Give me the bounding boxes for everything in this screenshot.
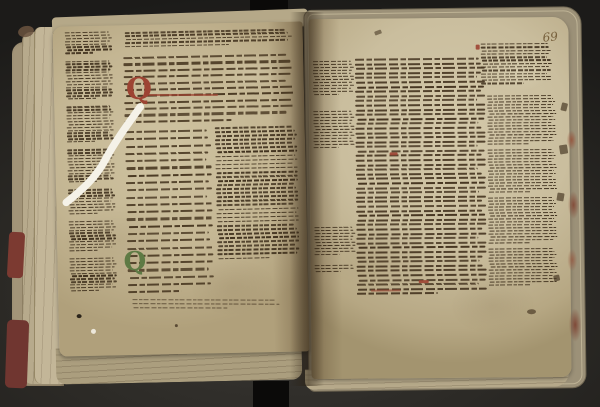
script-line — [488, 149, 553, 151]
script-line — [123, 54, 286, 60]
script-line — [357, 292, 438, 295]
script-line — [217, 215, 299, 218]
script-line — [488, 176, 552, 178]
script-line — [65, 52, 94, 54]
script-line — [218, 232, 299, 235]
script-line — [488, 110, 555, 112]
script-line — [355, 131, 485, 134]
script-line — [65, 40, 110, 42]
script-line — [133, 307, 227, 309]
script-line — [487, 104, 553, 106]
script-line — [358, 274, 487, 277]
script-line — [356, 159, 486, 162]
script-line — [216, 187, 296, 190]
script-line — [356, 172, 482, 175]
script-line — [482, 69, 551, 71]
script-line — [488, 158, 554, 160]
script-line — [490, 236, 557, 238]
script-line — [357, 269, 487, 272]
binding-cover-patch — [5, 320, 29, 389]
script-line — [488, 206, 554, 208]
script-line — [481, 53, 549, 55]
script-line — [355, 113, 485, 116]
script-line — [65, 31, 109, 33]
script-line — [71, 272, 117, 274]
script-line — [356, 67, 485, 70]
script-line — [355, 127, 481, 130]
script-line — [490, 188, 557, 190]
script-line — [216, 199, 298, 202]
script-line — [481, 66, 549, 68]
script-line — [65, 60, 109, 62]
script-line — [358, 182, 485, 185]
script-line — [216, 146, 297, 149]
script-line — [488, 227, 556, 229]
rubric-mark — [390, 152, 398, 155]
commentary-column — [215, 126, 300, 262]
script-line — [218, 219, 299, 222]
script-line — [128, 282, 211, 286]
script-line — [488, 200, 554, 202]
cradle-strap-bottom — [253, 381, 289, 407]
script-line — [356, 195, 486, 198]
script-line — [357, 177, 486, 180]
script-line — [72, 275, 117, 277]
script-line — [128, 290, 181, 293]
script-line — [358, 246, 485, 249]
script-line — [488, 251, 554, 253]
script-line — [218, 244, 295, 247]
script-line — [132, 303, 279, 305]
rubric-underline — [371, 289, 401, 291]
speck — [175, 324, 178, 327]
corner-annotation-block — [481, 43, 551, 86]
script-line — [218, 179, 298, 182]
script-line — [71, 238, 116, 240]
margin-note-block — [488, 248, 556, 286]
worm-hole — [91, 329, 96, 334]
script-line — [357, 85, 484, 88]
script-line — [488, 128, 555, 130]
script-line — [356, 209, 482, 212]
script-line — [356, 223, 486, 226]
script-line — [356, 186, 486, 189]
white-repair-strip — [53, 63, 216, 226]
script-line — [489, 260, 553, 262]
script-line — [215, 154, 295, 157]
right-page: 69 — [308, 17, 571, 379]
script-line — [356, 108, 485, 111]
script-line — [69, 241, 114, 243]
script-line — [358, 149, 485, 152]
script-line — [489, 173, 556, 175]
script-line — [69, 232, 112, 234]
script-line — [71, 281, 117, 283]
script-line — [357, 232, 486, 235]
script-line — [489, 230, 556, 232]
script-line — [355, 58, 479, 61]
script-line — [217, 211, 297, 214]
script-line — [489, 278, 557, 280]
script-line — [67, 49, 112, 51]
script-line — [217, 150, 297, 153]
rubric-mark — [476, 45, 480, 50]
script-line — [481, 73, 547, 75]
margin-note-block — [488, 149, 556, 193]
stain-spot — [527, 309, 536, 314]
script-line — [218, 207, 298, 210]
script-line — [487, 125, 555, 127]
script-line — [216, 203, 293, 206]
script-line — [488, 101, 555, 103]
script-line — [358, 214, 485, 217]
script-line — [489, 203, 556, 205]
script-line — [481, 43, 548, 45]
script-line — [487, 140, 553, 142]
script-line — [490, 167, 557, 169]
script-line — [69, 229, 114, 231]
script-line — [481, 76, 551, 78]
script-line — [489, 275, 553, 277]
script-line — [482, 59, 551, 61]
script-line — [355, 90, 481, 93]
script-line — [215, 138, 295, 141]
script-line — [488, 161, 552, 163]
script-line — [490, 281, 557, 283]
script-line — [489, 191, 531, 193]
ink-spot — [77, 314, 82, 318]
script-line — [356, 136, 485, 139]
script-line — [70, 284, 113, 286]
script-line — [69, 258, 113, 260]
script-line — [66, 46, 112, 48]
script-line — [489, 221, 556, 223]
script-line — [70, 235, 116, 237]
script-line — [490, 272, 557, 274]
script-line — [69, 260, 114, 262]
script-line — [70, 226, 116, 228]
script-line — [217, 170, 298, 173]
fore-edge-stains — [562, 110, 584, 372]
script-line — [216, 158, 297, 161]
script-line — [215, 162, 292, 165]
script-line — [488, 242, 530, 244]
script-line — [70, 269, 113, 271]
script-line — [66, 37, 112, 39]
script-line — [356, 140, 486, 143]
script-line — [357, 191, 479, 194]
script-line — [132, 299, 276, 301]
script-line — [357, 264, 483, 267]
left-page: Q Q — [53, 21, 310, 356]
script-line — [488, 137, 552, 139]
script-line — [71, 290, 100, 292]
script-line — [217, 224, 294, 227]
script-line — [488, 170, 554, 172]
rubric-mark — [419, 280, 429, 283]
right-margin-annotations — [487, 95, 557, 288]
script-line — [357, 117, 484, 120]
script-line — [482, 50, 551, 52]
script-line — [71, 263, 117, 265]
script-line — [65, 34, 110, 36]
script-line — [357, 205, 486, 208]
script-line — [355, 104, 485, 107]
margin-note-block — [69, 257, 116, 291]
script-line — [356, 251, 486, 254]
script-line — [70, 278, 115, 280]
script-line — [488, 218, 554, 220]
margin-note-block — [487, 95, 555, 145]
script-line — [482, 79, 551, 81]
script-line — [65, 43, 108, 45]
script-line — [70, 286, 116, 288]
script-line — [489, 257, 555, 259]
script-line — [487, 95, 552, 97]
script-line — [483, 63, 552, 65]
script-line — [217, 240, 299, 243]
script-line — [481, 56, 547, 58]
script-line — [490, 215, 557, 217]
script-line — [218, 257, 269, 260]
script-line — [357, 255, 483, 258]
script-line — [356, 122, 478, 125]
marginal-mark — [553, 274, 560, 281]
script-line — [355, 62, 481, 65]
script-line — [217, 248, 299, 251]
script-line — [356, 237, 478, 240]
script-line — [215, 126, 293, 129]
script-line — [487, 98, 553, 100]
script-line — [490, 263, 557, 265]
script-line — [488, 209, 552, 211]
script-line — [357, 283, 479, 286]
script-line — [69, 246, 112, 248]
script-line — [356, 154, 482, 157]
script-line — [489, 239, 553, 241]
binding-cover-patch — [7, 232, 25, 279]
script-line — [355, 99, 477, 102]
script-line — [356, 228, 482, 231]
margin-note-block — [65, 31, 111, 53]
script-line — [488, 248, 553, 250]
script-line — [358, 260, 480, 263]
script-line — [488, 143, 530, 145]
script-line — [489, 269, 555, 271]
script-line — [216, 166, 298, 169]
script-line — [127, 239, 210, 243]
script-line — [216, 174, 298, 177]
script-line — [216, 191, 298, 194]
script-line — [487, 107, 551, 109]
script-line — [355, 71, 481, 74]
script-line — [488, 119, 555, 121]
script-line — [488, 197, 553, 199]
script-line — [488, 224, 552, 226]
script-line — [356, 168, 478, 171]
script-line — [488, 233, 556, 235]
marginal-mark — [374, 29, 382, 35]
script-line — [356, 145, 478, 148]
script-line — [488, 179, 556, 181]
script-line — [487, 131, 555, 133]
bottom-gloss — [132, 299, 284, 311]
script-line — [489, 284, 531, 286]
script-line — [217, 183, 294, 186]
script-line — [217, 252, 297, 255]
photo-background: Q Q 69 — [0, 0, 600, 407]
script-line — [488, 152, 554, 154]
script-line — [357, 218, 486, 221]
script-line — [215, 142, 292, 145]
script-line — [356, 200, 482, 203]
script-line — [355, 76, 477, 79]
script-line — [491, 266, 558, 268]
script-line — [489, 182, 556, 184]
script-line — [487, 122, 551, 124]
script-line — [489, 155, 556, 157]
script-line — [217, 195, 298, 198]
script-line — [356, 241, 486, 244]
script-line — [488, 185, 556, 187]
gutter-shadow — [290, 12, 324, 386]
top-annotation-block — [125, 29, 293, 49]
green-initial-q: Q — [123, 249, 146, 275]
script-line — [481, 46, 549, 48]
script-line — [489, 113, 556, 115]
script-line — [356, 94, 485, 97]
script-line — [489, 164, 556, 166]
script-line — [217, 228, 297, 231]
script-line — [487, 116, 553, 118]
script-line — [356, 81, 485, 84]
script-line — [125, 44, 229, 48]
script-line — [70, 243, 116, 245]
script-line — [128, 231, 209, 235]
script-line — [70, 266, 115, 268]
script-line — [219, 236, 299, 239]
script-line — [489, 212, 556, 214]
script-line — [216, 134, 297, 137]
script-line — [69, 250, 98, 252]
script-line — [489, 134, 556, 136]
script-line — [481, 83, 524, 85]
script-line — [357, 163, 486, 166]
script-line — [489, 254, 556, 256]
script-line — [215, 130, 295, 133]
main-text-column — [355, 58, 487, 298]
margin-note-block — [488, 197, 556, 244]
